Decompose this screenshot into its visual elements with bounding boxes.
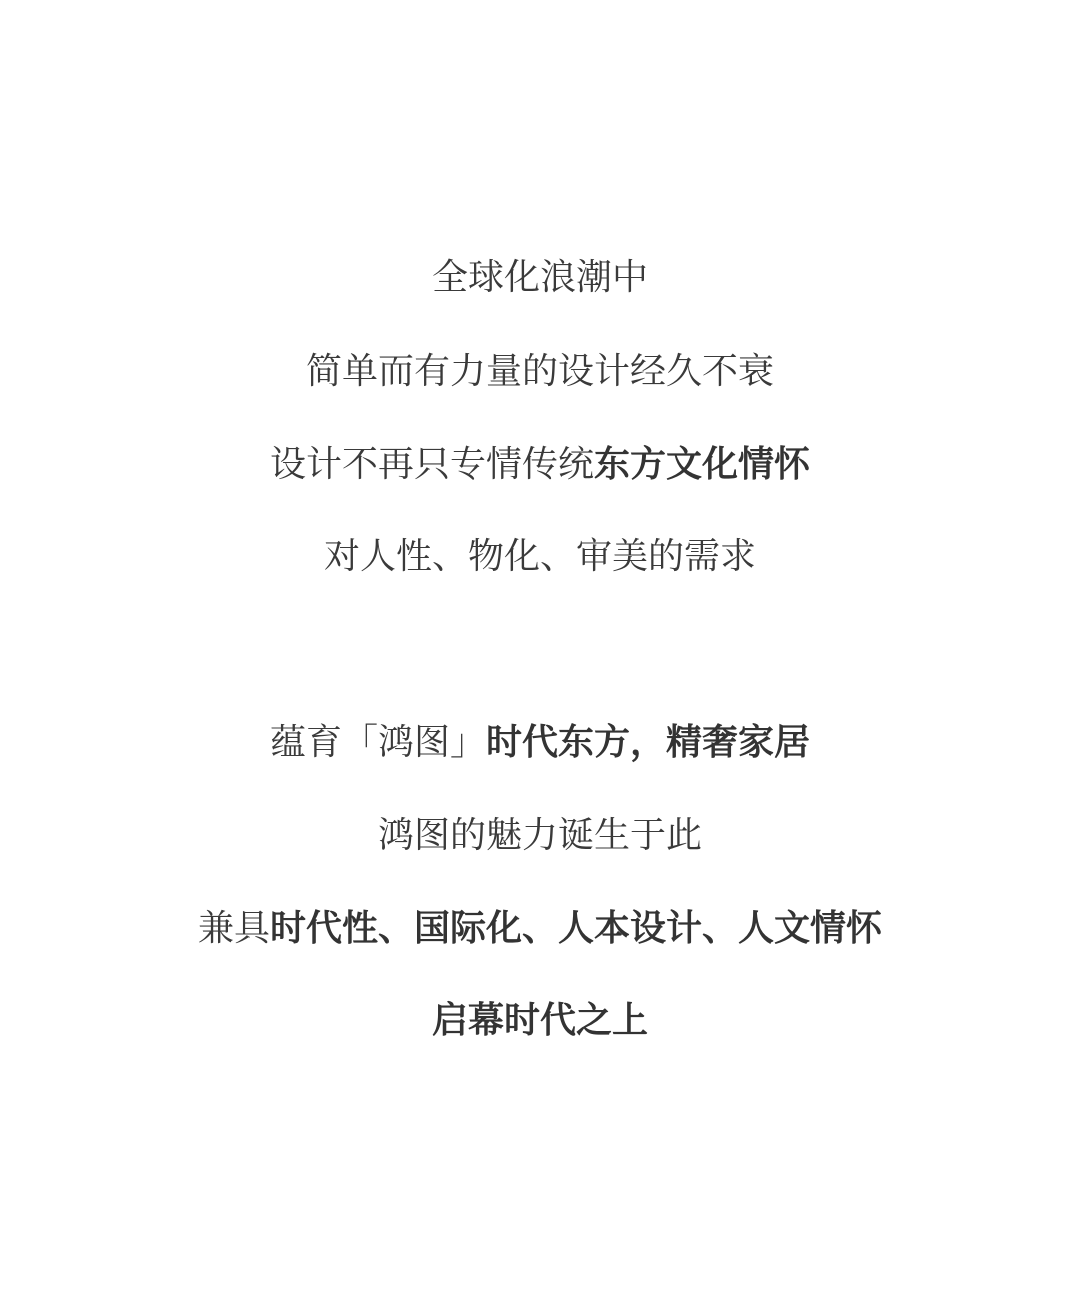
line-text: 兼具	[198, 908, 270, 949]
poem-line-3: 设计不再只专情传统东方文化情怀	[0, 443, 1080, 487]
line-text: 蕴育「鸿图」	[270, 722, 486, 763]
poem-line-5: 蕴育「鸿图」时代东方，精奢家居	[0, 721, 1080, 765]
line-text: 对人性、物化、审美的需求	[324, 536, 756, 577]
line-text-emphasis: 启幕时代之上	[432, 1000, 648, 1041]
line-text: 简单而有力量的设计经久不衰	[306, 351, 774, 392]
line-text: 全球化浪潮中	[432, 257, 648, 298]
line-text-emphasis: 时代东方，精奢家居	[486, 722, 810, 763]
poem-line-4: 对人性、物化、审美的需求	[0, 535, 1080, 579]
poem-line-7: 兼具时代性、国际化、人本设计、人文情怀	[0, 907, 1080, 951]
poem-line-2: 简单而有力量的设计经久不衰	[0, 350, 1080, 394]
poem-line-1: 全球化浪潮中	[0, 256, 1080, 300]
line-text-emphasis: 时代性、国际化、人本设计、人文情怀	[270, 908, 882, 949]
poem-line-6: 鸿图的魅力诞生于此	[0, 814, 1080, 858]
line-text: 设计不再只专情传统	[270, 444, 594, 485]
poem-line-8: 启幕时代之上	[0, 999, 1080, 1043]
line-text-emphasis: 东方文化情怀	[594, 444, 810, 485]
line-text: 鸿图的魅力诞生于此	[378, 815, 702, 856]
